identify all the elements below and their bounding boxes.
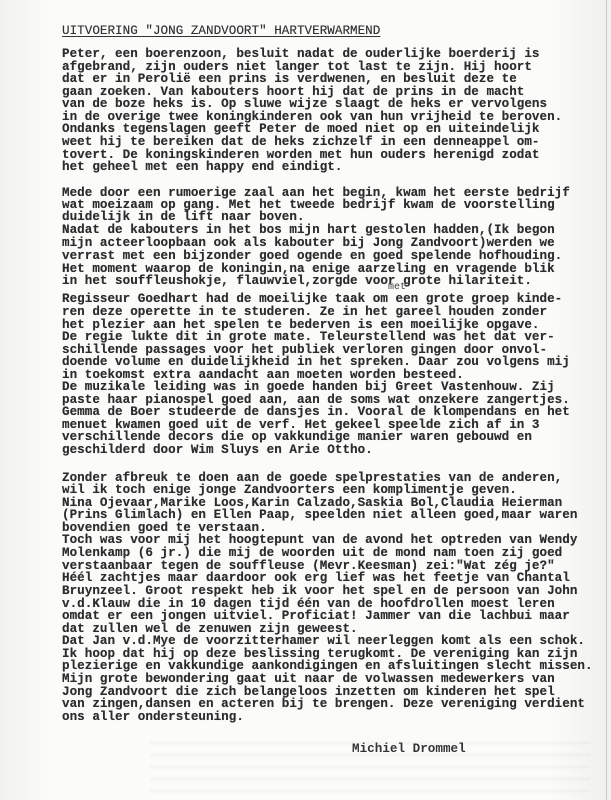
typewritten-page: UITVOERING "JONG ZANDVOORT" HARTVERWARME… [0, 0, 611, 800]
document-title: UITVOERING "JONG ZANDVOORT" HARTVERWARME… [62, 25, 380, 38]
handwritten-insertion: met [388, 283, 406, 293]
author-signature: Michiel Drommel [352, 743, 466, 756]
body-line: ons aller ondersteuning. [62, 711, 244, 724]
body-line: geschilderd door Wim Sluys en Arie Ottho… [62, 444, 373, 457]
page-edge-line [606, 0, 607, 800]
body-line: in het souffleushokje, flauwviel,zorgde … [62, 275, 532, 288]
body-line: het geheel met een happy end eindigt. [62, 161, 342, 174]
